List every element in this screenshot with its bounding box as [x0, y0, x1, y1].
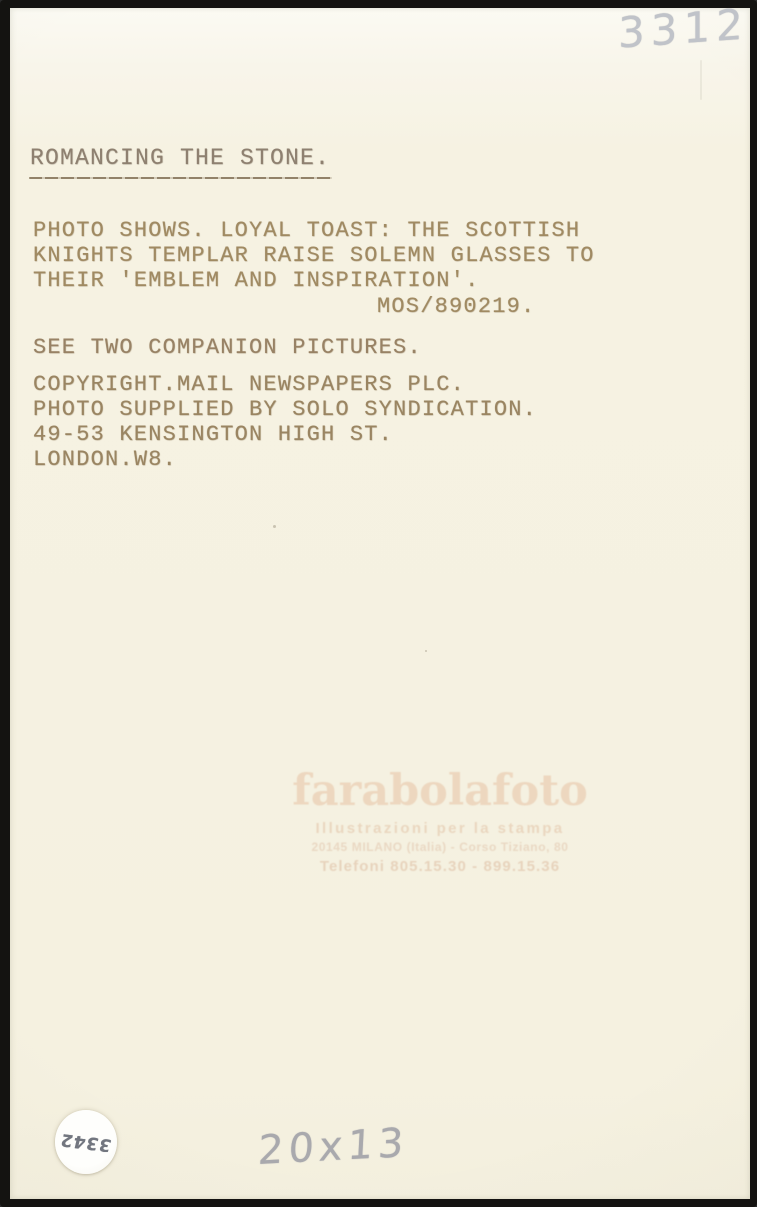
paper-crease [700, 60, 702, 100]
credit-line: PHOTO SUPPLIED BY SOLO SYNDICATION. [33, 397, 537, 422]
stamp-tagline: Illustrazioni per la stampa [283, 820, 597, 837]
paper-content: 3312 ROMANCING THE STONE. PHOTO SHOWS. L… [0, 0, 757, 1207]
stamp-address: 20145 MILANO (Italia) - Corso Tiziano, 8… [283, 840, 597, 854]
typed-title: ROMANCING THE STONE. [30, 146, 330, 171]
typed-companion-note: SEE TWO COMPANION PICTURES. [33, 335, 422, 360]
paper-speck [425, 650, 427, 652]
archive-sticker: 3342 [55, 1110, 117, 1174]
typed-credits: COPYRIGHT.MAIL NEWSPAPERS PLC. PHOTO SUP… [33, 372, 537, 472]
handwritten-archive-number: 3312 [618, 0, 749, 58]
typed-reference-code: MOS/890219. [377, 294, 535, 319]
typed-caption: PHOTO SHOWS. LOYAL TOAST: THE SCOTTISH K… [33, 218, 595, 293]
typed-title-underline [29, 177, 332, 179]
paper-speck [273, 525, 276, 528]
stamp-brand-name: farabolafoto [283, 770, 597, 813]
credit-line: LONDON.W8. [33, 447, 177, 472]
sticker-number: 3342 [58, 1129, 113, 1155]
caption-line: PHOTO SHOWS. LOYAL TOAST: THE SCOTTISH [33, 218, 580, 243]
stamp-phones: Telefoni 805.15.30 - 899.15.36 [283, 858, 597, 875]
caption-line: KNIGHTS TEMPLAR RAISE SOLEMN GLASSES TO [33, 243, 595, 268]
handwritten-size-note: 20x13 [257, 1120, 410, 1174]
credit-line: COPYRIGHT.MAIL NEWSPAPERS PLC. [33, 372, 465, 397]
credit-line: 49-53 KENSINGTON HIGH ST. [33, 422, 393, 447]
caption-line: THEIR 'EMBLEM AND INSPIRATION'. [33, 268, 479, 293]
agency-stamp: farabolafoto Illustrazioni per la stampa… [283, 770, 597, 875]
press-photo-back-scan: 3312 ROMANCING THE STONE. PHOTO SHOWS. L… [0, 0, 757, 1207]
